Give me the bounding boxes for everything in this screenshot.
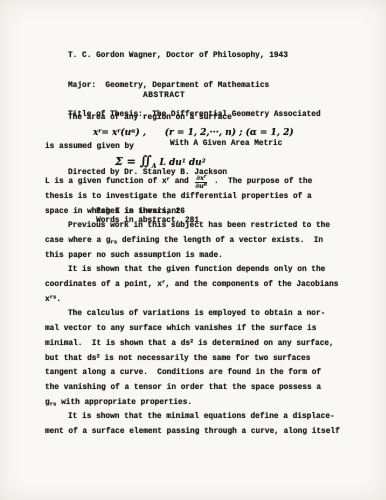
- body-line: The calculus of variations is employed t…: [45, 307, 350, 322]
- body-line: the vanishing of a tensor in order that …: [45, 381, 350, 396]
- body-line: thesis is to investigate the differentia…: [45, 190, 350, 205]
- body-line: tangent along a curve. Conditions are fo…: [45, 366, 350, 381]
- body-line: It is shown that the given function depe…: [45, 263, 350, 278]
- body-line: but that ds2 is not necessarily the same…: [45, 352, 350, 367]
- body-line: ment of a surface element passing throug…: [45, 425, 350, 440]
- major-line: Major: Geometry, Department of Mathemati…: [68, 82, 321, 92]
- l-line-before: L is a given function of xr and: [45, 178, 193, 186]
- abstract-heading: ABSTRACT: [143, 92, 185, 100]
- body-line: Previous work in this subject has been r…: [45, 219, 350, 234]
- body-line: minimal. It is shown that a ds2 is deter…: [45, 337, 350, 352]
- body-line-with-fraction: L is a given function of xr and ∂xr∂uα .…: [45, 175, 350, 190]
- fraction-denominator: ∂uα: [195, 183, 207, 190]
- body-line: this paper no such assumption is made.: [45, 249, 350, 264]
- body-line: xrs.: [45, 293, 350, 308]
- partial-derivative-fraction: ∂xr∂uα: [195, 175, 207, 190]
- double-integral-symbol: ∫∫: [140, 154, 152, 169]
- body-line: space in which Σ is invariant.: [45, 205, 350, 220]
- body-line: coordinates of a point, xr, and the comp…: [45, 278, 350, 293]
- abstract-body: The area of any region on a surface xr= …: [45, 111, 350, 440]
- author-line: T. C. Gordon Wagner, Doctor of Philosoph…: [68, 52, 321, 62]
- body-line: The area of any region on a surface: [45, 111, 350, 126]
- integrand: L du1 du2: [156, 158, 205, 168]
- body-line: It is shown that the minimal equations d…: [45, 410, 350, 425]
- area-integral-equation: Σ = ∫∫A L du1 du2: [45, 155, 350, 175]
- surface-equation: xr= xr(uα) , (r = 1, 2,···, n) ; (α = 1,…: [45, 126, 350, 141]
- sigma-symbol: Σ =: [115, 155, 140, 168]
- body-line: is assumed given by: [45, 140, 350, 155]
- body-line: grs with appropriate properties.: [45, 396, 350, 411]
- body-line: mal vector to any surface which vanishes…: [45, 322, 350, 337]
- thesis-abstract-page: T. C. Gordon Wagner, Doctor of Philosoph…: [0, 0, 386, 500]
- body-line: case where a grs defining the length of …: [45, 234, 350, 249]
- l-line-after: . The purpose of the: [209, 178, 312, 186]
